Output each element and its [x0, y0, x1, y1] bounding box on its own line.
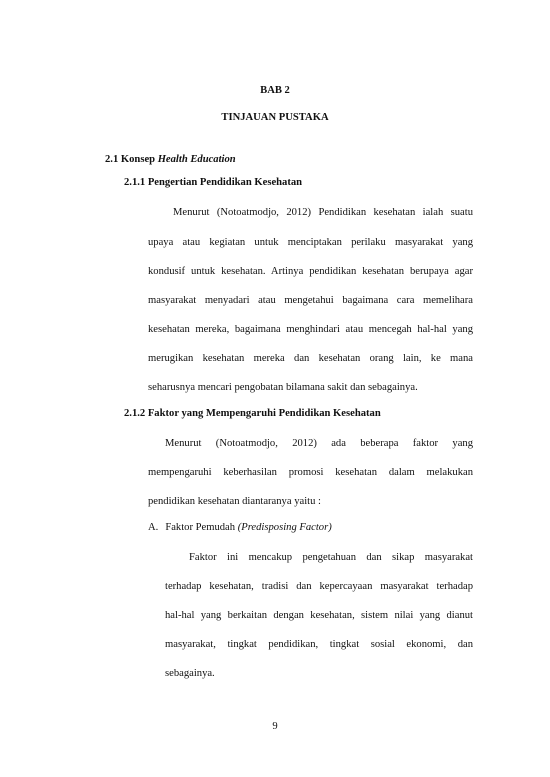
section-heading-prefix: 2.1 Konsep [105, 154, 158, 165]
list-item-title-italic: (Predisposing Factor) [238, 522, 332, 533]
paragraph-line: kesehatan mereka, bagaimana menghindari … [148, 323, 473, 336]
section-heading-italic: Health Education [158, 154, 236, 165]
list-item-a-heading: A.Faktor Pemudah (Predisposing Factor) [148, 521, 332, 534]
paragraph-line: terhadap kesehatan, tradisi dan kepercay… [165, 580, 473, 593]
chapter-title: TINJAUAN PUSTAKA [0, 111, 550, 124]
paragraph-line: Faktor ini mencakup pengetahuan dan sika… [189, 551, 473, 564]
paragraph-line: seharusnya mencari pengobatan bilamana s… [148, 381, 418, 394]
paragraph-line: hal-hal yang berkaitan dengan kesehatan,… [165, 609, 473, 622]
paragraph-line: upaya atau kegiatan untuk menciptakan pe… [148, 236, 473, 249]
paragraph-line: pendidikan kesehatan diantaranya yaitu : [148, 495, 321, 508]
paragraph-line: Menurut (Notoatmodjo, 2012) ada beberapa… [165, 437, 473, 450]
paragraph-line: masyarakat menyadari atau mengetahui bag… [148, 294, 473, 307]
paragraph-line: sebagainya. [165, 667, 215, 680]
list-item-title: Faktor Pemudah [165, 522, 237, 533]
subsection-heading-2-1-1: 2.1.1 Pengertian Pendidikan Kesehatan [124, 176, 302, 189]
paragraph-line: merugikan kesehatan mereka dan kesehatan… [148, 352, 473, 365]
paragraph-line: mempengaruhi keberhasilan promosi keseha… [148, 466, 473, 479]
section-heading-2-1: 2.1 Konsep Health Education [105, 153, 236, 166]
paragraph-line: Menurut (Notoatmodjo, 2012) Pendidikan k… [173, 206, 473, 219]
subsection-heading-2-1-2: 2.1.2 Faktor yang Mempengaruhi Pendidika… [124, 407, 381, 420]
paragraph-line: masyarakat, tingkat pendidikan, tingkat … [165, 638, 473, 651]
page-number: 9 [0, 720, 550, 733]
list-marker: A. [148, 522, 158, 533]
chapter-number: BAB 2 [0, 84, 550, 97]
paragraph-line: kondusif untuk kesehatan. Artinya pendid… [148, 265, 473, 278]
